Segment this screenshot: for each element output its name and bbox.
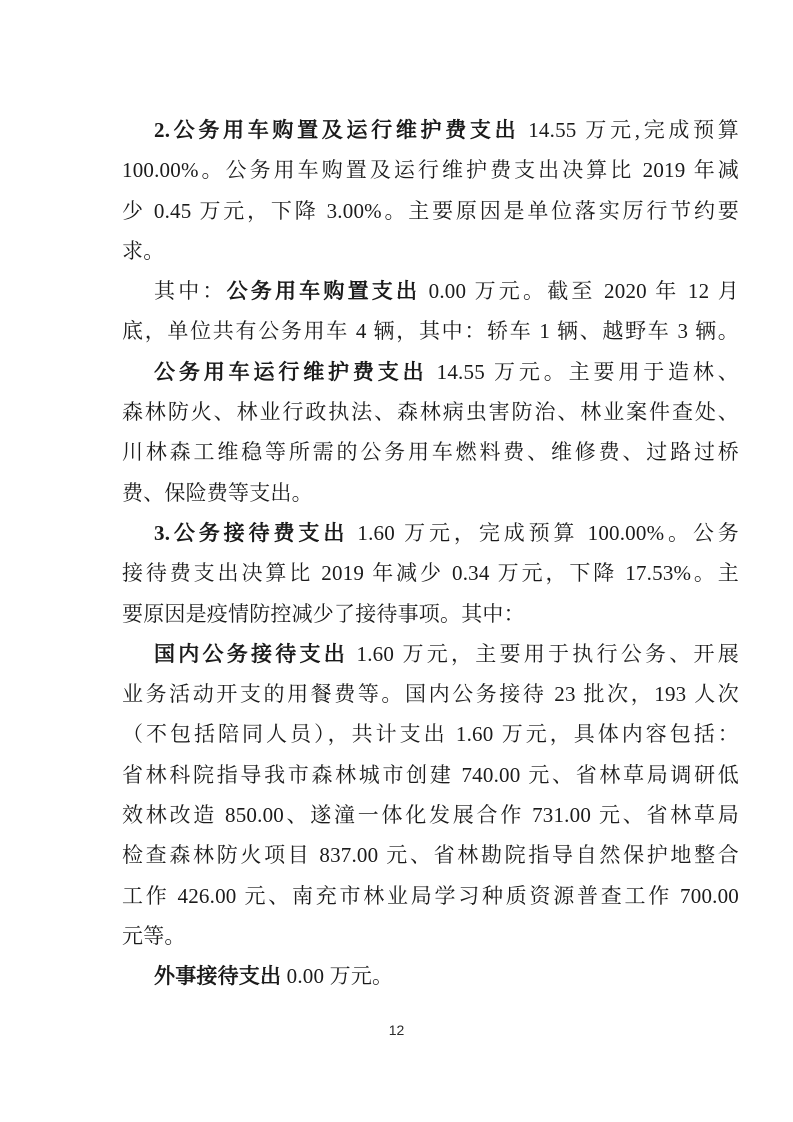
text-segment: 要原因是疫情防控减少了接待事项。其中： xyxy=(122,602,525,626)
text-segment: 业务活动开支的用餐费等。国内公务接待 23 批次，193 人次 xyxy=(122,682,739,706)
document-body: 2.公务用车购置及运行维护费支出 14.55 万元,完成预算100.00%。公务… xyxy=(122,110,739,997)
text-segment: 底，单位共有公务用车 4 辆，其中：轿车 1 辆、越野车 3 辆。 xyxy=(122,319,739,343)
text-line-18: 效林改造 850.00、遂潼一体化发展合作 731.00 元、省林草局 xyxy=(122,795,739,835)
text-segment: 14.55 万元,完成预算 xyxy=(519,118,739,142)
text-line-8: 森林防火、林业行政执法、森林病虫害防治、林业案件查处、 xyxy=(122,392,739,432)
text-segment: 其中： xyxy=(154,279,227,303)
text-segment: 0.00 万元。截至 2020 年 12 月 xyxy=(420,279,739,303)
text-segment: 元等。 xyxy=(122,924,186,948)
text-segment: 0.00 万元。 xyxy=(281,964,393,988)
text-line-17: 省林科院指导我市森林城市创建 740.00 元、省林草局调研低 xyxy=(122,755,739,795)
text-line-14: 国内公务接待支出 1.60 万元，主要用于执行公务、开展 xyxy=(122,634,739,674)
document-page: 2.公务用车购置及运行维护费支出 14.55 万元,完成预算100.00%。公务… xyxy=(0,0,793,1122)
text-segment: 工作 426.00 元、南充市林业局学习种质资源普查工作 700.00 xyxy=(122,884,739,908)
text-segment: 费、保险费等支出。 xyxy=(122,481,313,505)
text-line-10: 费、保险费等支出。 xyxy=(122,473,739,513)
text-line-15: 业务活动开支的用餐费等。国内公务接待 23 批次，193 人次 xyxy=(122,674,739,714)
text-segment: 检查森林防火项目 837.00 元、省林勘院指导自然保护地整合 xyxy=(122,843,739,867)
text-segment: 14.55 万元。主要用于造林、 xyxy=(428,360,739,384)
text-line-6: 底，单位共有公务用车 4 辆，其中：轿车 1 辆、越野车 3 辆。 xyxy=(122,311,739,351)
text-line-12: 接待费支出决算比 2019 年减少 0.34 万元，下降 17.53%。主 xyxy=(122,553,739,593)
text-segment: 森林防火、林业行政执法、森林病虫害防治、林业案件查处、 xyxy=(122,400,739,424)
text-line-4: 求。 xyxy=(122,231,739,271)
bold-text-segment: 3.公务接待费支出 xyxy=(154,521,348,545)
text-segment: 1.60 万元，完成预算 100.00%。公务 xyxy=(348,521,739,545)
text-segment: 求。 xyxy=(122,239,164,263)
text-line-22: 外事接待支出 0.00 万元。 xyxy=(122,956,739,996)
bold-text-segment: 公务用车购置支出 xyxy=(227,279,421,303)
text-line-11: 3.公务接待费支出 1.60 万元，完成预算 100.00%。公务 xyxy=(122,513,739,553)
text-segment: （不包括陪同人员），共计支出 1.60 万元，具体内容包括： xyxy=(122,722,739,746)
text-segment: 少 0.45 万元，下降 3.00%。主要原因是单位落实厉行节约要 xyxy=(122,199,739,223)
text-line-7: 公务用车运行维护费支出 14.55 万元。主要用于造林、 xyxy=(122,352,739,392)
text-line-3: 少 0.45 万元，下降 3.00%。主要原因是单位落实厉行节约要 xyxy=(122,191,739,231)
text-segment: 效林改造 850.00、遂潼一体化发展合作 731.00 元、省林草局 xyxy=(122,803,739,827)
page-number: 12 xyxy=(0,1022,793,1038)
bold-text-segment: 公务用车运行维护费支出 xyxy=(154,360,428,384)
text-segment: 100.00%。公务用车购置及运行维护费支出决算比 2019 年减 xyxy=(122,158,739,182)
text-line-1: 2.公务用车购置及运行维护费支出 14.55 万元,完成预算 xyxy=(122,110,739,150)
text-line-13: 要原因是疫情防控减少了接待事项。其中： xyxy=(122,594,739,634)
text-segment: 川林森工维稳等所需的公务用车燃料费、维修费、过路过桥 xyxy=(122,440,739,464)
bold-text-segment: 外事接待支出 xyxy=(154,964,281,988)
text-line-2: 100.00%。公务用车购置及运行维护费支出决算比 2019 年减 xyxy=(122,150,739,190)
bold-text-segment: 国内公务接待支出 xyxy=(154,642,348,666)
text-line-9: 川林森工维稳等所需的公务用车燃料费、维修费、过路过桥 xyxy=(122,432,739,472)
text-line-5: 其中：公务用车购置支出 0.00 万元。截至 2020 年 12 月 xyxy=(122,271,739,311)
text-segment: 接待费支出决算比 2019 年减少 0.34 万元，下降 17.53%。主 xyxy=(122,561,739,585)
text-line-19: 检查森林防火项目 837.00 元、省林勘院指导自然保护地整合 xyxy=(122,835,739,875)
text-segment: 省林科院指导我市森林城市创建 740.00 元、省林草局调研低 xyxy=(122,763,739,787)
bold-text-segment: 2.公务用车购置及运行维护费支出 xyxy=(154,118,519,142)
text-line-20: 工作 426.00 元、南充市林业局学习种质资源普查工作 700.00 xyxy=(122,876,739,916)
text-segment: 1.60 万元，主要用于执行公务、开展 xyxy=(348,642,739,666)
text-line-16: （不包括陪同人员），共计支出 1.60 万元，具体内容包括： xyxy=(122,714,739,754)
text-line-21: 元等。 xyxy=(122,916,739,956)
